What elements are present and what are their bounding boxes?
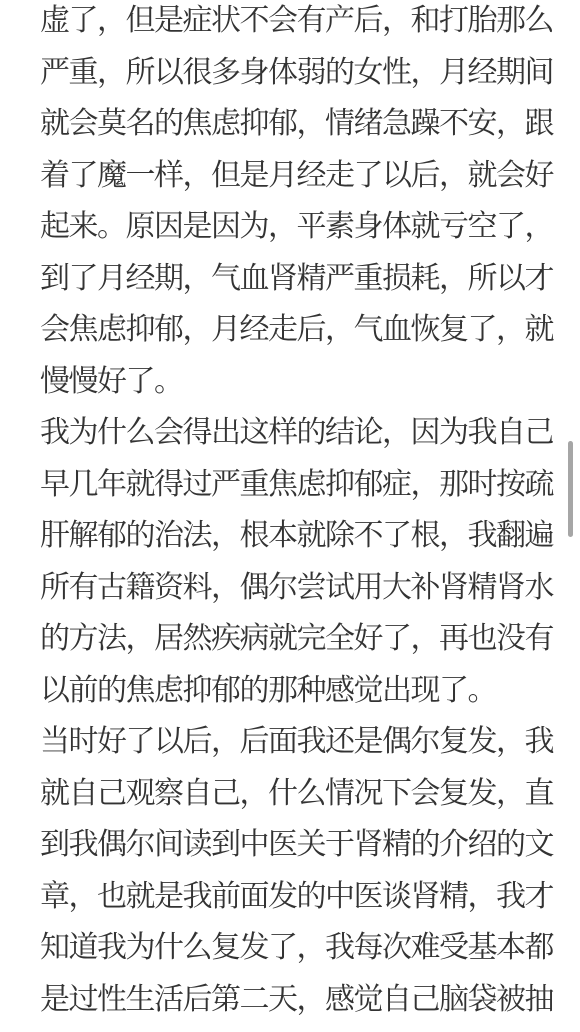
text-line: 肝解郁的治法，根本就除不了根，我翻遍 [40,510,562,562]
text-line: 我为什么会得出这样的结论，因为我自己 [40,407,562,459]
text-line: 的方法，居然疾病就完全好了，再也没有 [40,613,562,665]
text-line: 章，也就是我前面发的中医谈肾精，我才 [40,871,562,923]
text-line: 当时好了以后，后面我还是偶尔复发，我 [40,716,562,768]
text-line: 就自己观察自己，什么情况下会复发，直 [40,768,562,820]
text-line: 是过性生活后第二天，感觉自己脑袋被抽 [40,974,562,1026]
text-line: 以前的焦虑抑郁的那种感觉出现了。 [40,665,562,717]
scrollbar-thumb[interactable] [568,441,573,537]
text-line: 起来。原因是因为，平素身体就亏空了， [40,201,562,253]
text-line: 严重，所以很多身体弱的女性，月经期间 [40,47,562,99]
text-line: 慢慢好了。 [40,356,562,408]
text-line: 所有古籍资料，偶尔尝试用大补肾精肾水 [40,562,562,614]
text-line: 到了月经期，气血肾精严重损耗，所以才 [40,253,562,305]
text-line: 着了魔一样，但是月经走了以后，就会好 [40,150,562,202]
text-line: 知道我为什么复发了，我每次难受基本都 [40,922,562,974]
text-line: 早几年就得过严重焦虑抑郁症，那时按疏 [40,459,562,511]
text-line: 就会莫名的焦虑抑郁，情绪急躁不安，跟 [40,98,562,150]
text-line: 虚了，但是症状不会有产后，和打胎那么 [40,0,562,47]
document-page: 虚了，但是症状不会有产后，和打胎那么 严重，所以很多身体弱的女性，月经期间 就会… [40,0,562,1025]
text-line: 到我偶尔间读到中医关于肾精的介绍的文 [40,819,562,871]
text-line: 会焦虑抑郁，月经走后，气血恢复了，就 [40,304,562,356]
